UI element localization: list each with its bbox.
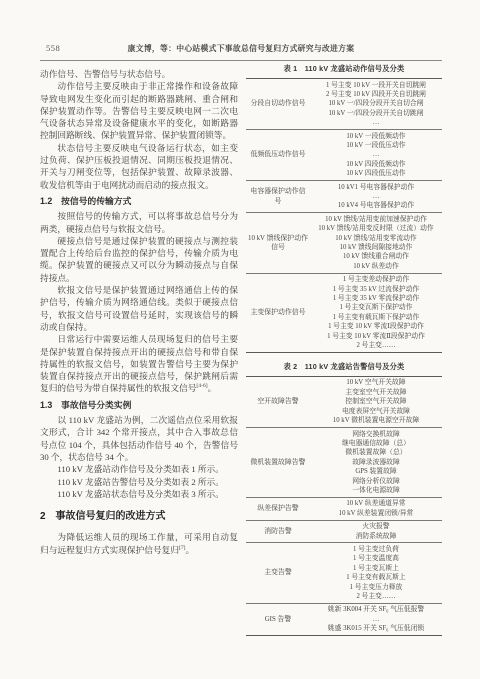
row-category: 低频低压动作信号 [246, 130, 310, 180]
table-2: 表 2 110 kV 龙盛站告警信号及分类 空开故障告警10 kV 空气开关故障… [246, 362, 442, 636]
signal-line: 10 kV 一/四段分段开关自切合闸 [310, 99, 442, 108]
paragraph: 为降低运维人员的现场工作量，可采用自动复归与远程复归方式实现保护信号复归[7]。 [40, 531, 238, 556]
row-category: 纵差保护告警 [246, 498, 310, 520]
signal-line: 10 kV4 号电容器保护动作 [310, 201, 442, 210]
row-category: 分段自切动作信号 [246, 79, 310, 129]
section-heading-2: 2 事故信号复归的改进方式 [40, 511, 238, 523]
table-2-body: 空开故障告警10 kV 空气开关故障主变室空气开关故障控制室空气开关故障电度表屏… [246, 376, 442, 636]
signal-line: GPS 装置故障 [310, 467, 442, 476]
paragraph-text: 。 [186, 545, 195, 555]
signal-line: 10 kV1 号电容器保护动作 [310, 183, 442, 192]
signal-line: 10 kV 微机装置电源空开故障 [310, 416, 442, 425]
table-row: 主变告警1 号主变过负荷1 号主变温度高1 号主变瓦斯上1 号主变有载瓦斯上1 … [246, 542, 442, 602]
paragraph: 按照信号的传输方式，可以将事故总信号分为两类，硬接点信号与软报文信号。 [40, 210, 238, 235]
signal-line: 10 kV 馈线/站用变反时限（过流）动作 [310, 224, 442, 233]
signal-line: 消防系统故障 [310, 532, 442, 541]
citation-ref: [4-6] [196, 384, 207, 390]
paragraph: 110 kV 龙盛站动作信号及分类如表 1 所示。 [40, 463, 238, 475]
row-signals: 1 号主变 10 kV 一段开关自切跳闸2 号主变 10 kV 四段开关自切跳闸… [310, 79, 442, 129]
table-row: 空开故障告警10 kV 空气开关故障主变室空气开关故障控制室空气开关故障电度表屏… [246, 377, 442, 427]
signal-line: 主变室空气开关故障 [310, 388, 442, 397]
paragraph: 软报文信号是保护装置通过网络通信上传的保护信号，传输介质为网络通信线。类似于硬接… [40, 284, 238, 333]
signal-line: 2 号主变…… [310, 341, 442, 350]
signal-line: 10 kV 馈线/站用变前加速保护动作 [310, 215, 442, 224]
table-row: 分段自切动作信号1 号主变 10 kV 一段开关自切跳闸2 号主变 10 kV … [246, 79, 442, 129]
row-signals: 姚新 3K004 开关 SF₆ 气压低报警…姚盛 3K015 开关 SF₆ 气压… [310, 604, 442, 635]
signal-line: 2 号主变…… [310, 592, 442, 601]
table-row: 电容器保护动作信号10 kV1 号电容器保护动作…10 kV4 号电容器保护动作 [246, 180, 442, 212]
paper-page: 558 康文博，等：中心站模式下事故总信号复归方式研究与改进方案 动作信号、告警… [0, 0, 480, 679]
table-1-body: 分段自切动作信号1 号主变 10 kV 一段开关自切跳闸2 号主变 10 kV … [246, 78, 442, 353]
table-row: GIS 告警姚新 3K004 开关 SF₆ 气压低报警…姚盛 3K015 开关 … [246, 603, 442, 635]
signal-line: 10 kV 四段低频动作 [310, 160, 442, 169]
table-row: 消防告警火灾报警消防系统故障 [246, 520, 442, 543]
paragraph: 状态信号主要反映电气设备运行状态，如主变过负荷、保护压板投退情况、同期压板投退情… [40, 142, 238, 191]
paragraph-text: 为降低运维人员的现场工作量，可采用自动复归与远程复归方式实现保护信号复归 [40, 532, 238, 554]
paragraph: 以 110 kV 龙盛站为例，二次遥信点位采用软报文形式，合计 342 个常开接… [40, 414, 238, 463]
paragraph-continuation: 动作信号、告警信号与状态信号。 [40, 68, 238, 80]
row-category: 电容器保护动作信号 [246, 181, 310, 212]
row-signals: 10 kV1 号电容器保护动作…10 kV4 号电容器保护动作 [310, 181, 442, 212]
signal-line: 10 kV 纵差装置闭锁/异常 [310, 509, 442, 518]
page-header: 558 康文博，等：中心站模式下事故总信号复归方式研究与改进方案 [40, 43, 442, 61]
row-signals: 1 号主变过负荷1 号主变温度高1 号主变瓦斯上1 号主变有载瓦斯上1 号主变压… [310, 543, 442, 602]
signal-line: … [310, 118, 442, 127]
paragraph: 110 kV 龙盛站状态信号及分类如表 3 所示。 [40, 488, 238, 500]
signal-line: 姚盛 3K015 开关 SF₆ 气压低闭锁 [310, 624, 442, 633]
signal-line: 火灾报警 [310, 522, 442, 531]
signal-line: 姚新 3K004 开关 SF₆ 气压低报警 [310, 605, 442, 614]
table-2-caption: 表 2 110 kV 龙盛站告警信号及分类 [246, 362, 442, 372]
signal-line: 10 kV 纵差动作 [310, 262, 442, 271]
signal-line: 控制室空气开关故障 [310, 397, 442, 406]
signal-line: 1 号主变过负荷 [310, 545, 442, 554]
signal-line: 1 号主变温度高 [310, 554, 442, 563]
row-signals: 10 kV 馈线/站用变前加速保护动作10 kV 馈线/站用变反时限（过流）动作… [310, 213, 442, 272]
row-category: GIS 告警 [246, 604, 310, 635]
paragraph: 硬接点信号是通过保护装置的硬接点与测控装置配合上传给后台监控的保护信号，传输介质… [40, 235, 238, 284]
signal-line: 网络分析仪故障 [310, 477, 442, 486]
row-signals: 10 kV 空气开关故障主变室空气开关故障控制室空气开关故障电度表屏空气开关故障… [310, 377, 442, 427]
table-row: 主变保护动作信号1 号主变差动保护动作1 号主变 35 kV 过流保护动作1 号… [246, 273, 442, 352]
table-1-caption: 表 1 110 kV 龙盛站动作信号及分类 [246, 64, 442, 74]
row-category: 消防告警 [246, 521, 310, 543]
signal-line: 10 kV 空气开关故障 [310, 378, 442, 387]
signal-line: 1 号主变 35 kV 零流保护动作 [310, 294, 442, 303]
row-category: 主变保护动作信号 [246, 274, 310, 352]
signal-line: 继电器通信故障（总） [310, 439, 442, 448]
signal-line: 10 kV 一段低频动作 [310, 132, 442, 141]
signal-line: 10 kV 馈线重合闸动作 [310, 252, 442, 261]
signal-line: 10 kV 馈线/站用变零流动作 [310, 234, 442, 243]
signal-line: 1 号主变 10 kV 零流Ⅱ段保护动作 [310, 332, 442, 341]
subsection-heading-1-2: 1.2 按信号的传输方式 [40, 195, 238, 207]
right-column: 表 1 110 kV 龙盛站动作信号及分类 分段自切动作信号1 号主变 10 k… [246, 64, 442, 636]
signal-line: … [310, 150, 442, 159]
signal-line: 10 kV 一/四段分段开关自切跳闸 [310, 109, 442, 118]
signal-line: 1 号主变瓦斯上 [310, 564, 442, 573]
row-category: 微机装置故障告警 [246, 428, 310, 497]
signal-line: 1 号主变 10 kV 一段开关自切跳闸 [310, 81, 442, 90]
signal-line: 1 号主变有载瓦斯上 [310, 573, 442, 582]
signal-line: … [310, 615, 442, 624]
signal-line: 10 kV 纵差通道异常 [310, 499, 442, 508]
signal-line: … [310, 192, 442, 201]
signal-line: 10 kV 四段低压动作 [310, 169, 442, 178]
signal-line: 微机装置故障（总） [310, 448, 442, 457]
table-row: 低频低压动作信号10 kV 一段低频动作10 kV 一段低压动作…10 kV 四… [246, 129, 442, 180]
paragraph: 动作信号主要反映由于非正常操作和设备故障导致电网发生变化而引起的断路器跳闸、重合… [40, 80, 238, 141]
paragraph: 110 kV 龙盛站告警信号及分类如表 2 所示。 [40, 476, 238, 488]
row-signals: 1 号主变差动保护动作1 号主变 35 kV 过流保护动作1 号主变 35 kV… [310, 274, 442, 352]
signal-line: 1 号主变 10 kV 零流Ⅰ段保护动作 [310, 322, 442, 331]
signal-line: 1 号主变 35 kV 过流保护动作 [310, 285, 442, 294]
row-signals: 10 kV 一段低频动作10 kV 一段低压动作…10 kV 四段低频动作10 … [310, 130, 442, 180]
row-signals: 火灾报警消防系统故障 [310, 521, 442, 543]
signal-line: 网络交换机故障 [310, 430, 442, 439]
signal-line: 故障录波器故障 [310, 458, 442, 467]
signal-line: 10 kV 一段低压动作 [310, 141, 442, 150]
signal-line: 1 号主变压力释放 [310, 583, 442, 592]
left-column: 动作信号、告警信号与状态信号。 动作信号主要反映由于非正常操作和设备故障导致电网… [40, 68, 238, 556]
row-category: 10 kV 馈线保护动作信号 [246, 213, 310, 272]
signal-line: 一体化电源故障 [310, 486, 442, 495]
signal-line: 1 号主变差动保护动作 [310, 275, 442, 284]
table-row: 微机装置故障告警网络交换机故障继电器通信故障（总）微机装置故障（总）故障录波器故… [246, 427, 442, 497]
running-title: 康文博，等：中心站模式下事故总信号复归方式研究与改进方案 [40, 43, 442, 54]
signal-line: 1 号主变瓦斯下保护动作 [310, 303, 442, 312]
row-signals: 10 kV 纵差通道异常10 kV 纵差装置闭锁/异常 [310, 498, 442, 520]
row-category: 空开故障告警 [246, 377, 310, 427]
paragraph-text: 。 [208, 383, 217, 393]
table-row: 10 kV 馈线保护动作信号10 kV 馈线/站用变前加速保护动作10 kV 馈… [246, 212, 442, 272]
signal-line: 电度表屏空气开关故障 [310, 407, 442, 416]
row-signals: 网络交换机故障继电器通信故障（总）微机装置故障（总）故障录波器故障GPS 装置故… [310, 428, 442, 497]
signal-line: 2 号主变 10 kV 四段开关自切跳闸 [310, 90, 442, 99]
paragraph: 日常运行中需要运维人员现场复归的信号主要是保护装置自保持接点开出的硬接点信号和带… [40, 333, 238, 394]
signal-line: 10 kV 馈线间隙接地动作 [310, 243, 442, 252]
table-1: 表 1 110 kV 龙盛站动作信号及分类 分段自切动作信号1 号主变 10 k… [246, 64, 442, 353]
subsection-heading-1-3: 1.3 事故信号分类实例 [40, 399, 238, 411]
row-category: 主变告警 [246, 543, 310, 602]
signal-line: 1 号主变有载瓦斯下保护动作 [310, 313, 442, 322]
table-row: 纵差保护告警10 kV 纵差通道异常10 kV 纵差装置闭锁/异常 [246, 497, 442, 520]
